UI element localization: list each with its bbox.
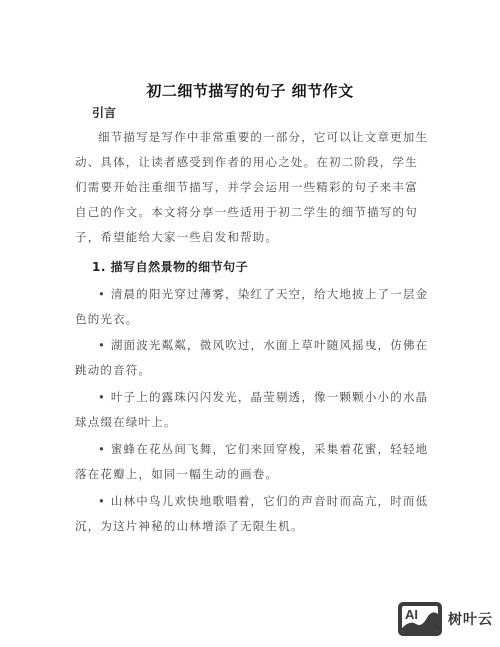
bullet-icon: • xyxy=(98,338,106,352)
bullet-text: 湖面波光粼粼，微风吹过，水面上草叶随风摇曳，仿佛在跳动的音符。 xyxy=(75,338,428,377)
mountain-icon xyxy=(402,606,438,632)
bullet-item: • 湖面波光粼粼，微风吹过，水面上草叶随风摇曳，仿佛在跳动的音符。 xyxy=(75,333,430,383)
bullet-item: • 清晨的阳光穿过薄雾，染红了天空，给大地披上了一层金色的光衣。 xyxy=(75,282,430,332)
bullet-text: 山林中鸟儿欢快地歌唱着，它们的声音时而高亢，时而低沉，为这片神秘的山林增添了无限… xyxy=(75,494,428,533)
bullet-icon: • xyxy=(98,287,106,301)
bullet-icon: • xyxy=(98,442,106,456)
bullet-text: 清晨的阳光穿过薄雾，染红了天空，给大地披上了一层金色的光衣。 xyxy=(75,287,428,326)
intro-text: 细节描写是写作中非常重要的一部分，它可以让文章更加生动、具体，让读者感受到作者的… xyxy=(75,130,428,244)
bullet-text: 蜜蜂在花丛间飞舞，它们来回穿梭，采集着花蜜，轻轻地落在花瓣上，如同一幅生动的画卷… xyxy=(75,442,428,481)
document-page: 初二细节描写的句子 细节作文 引言 细节描写是写作中非常重要的一部分，它可以让文… xyxy=(0,0,500,647)
bullet-item: • 叶子上的露珠闪闪发光，晶莹剔透，像一颗颗小小的水晶球点缀在绿叶上。 xyxy=(75,385,430,435)
bullet-icon: • xyxy=(98,390,106,404)
section-heading: 1. 描写自然景物的细节句子 xyxy=(92,258,248,275)
intro-paragraph: 细节描写是写作中非常重要的一部分，它可以让文章更加生动、具体，让读者感受到作者的… xyxy=(75,125,430,250)
watermark-logo: AI 树叶云 xyxy=(398,602,493,636)
bullet-item: • 山林中鸟儿欢快地歌唱着，它们的声音时而高亢，时而低沉，为这片神秘的山林增添了… xyxy=(75,489,430,539)
ai-logo-icon: AI xyxy=(398,602,442,636)
bullet-icon: • xyxy=(98,494,106,508)
brand-name: 树叶云 xyxy=(448,609,493,629)
page-title: 初二细节描写的句子 细节作文 xyxy=(0,80,500,101)
intro-heading: 引言 xyxy=(92,104,116,121)
bullet-item: • 蜜蜂在花丛间飞舞，它们来回穿梭，采集着花蜜，轻轻地落在花瓣上，如同一幅生动的… xyxy=(75,437,430,487)
bullet-text: 叶子上的露珠闪闪发光，晶莹剔透，像一颗颗小小的水晶球点缀在绿叶上。 xyxy=(75,390,428,429)
